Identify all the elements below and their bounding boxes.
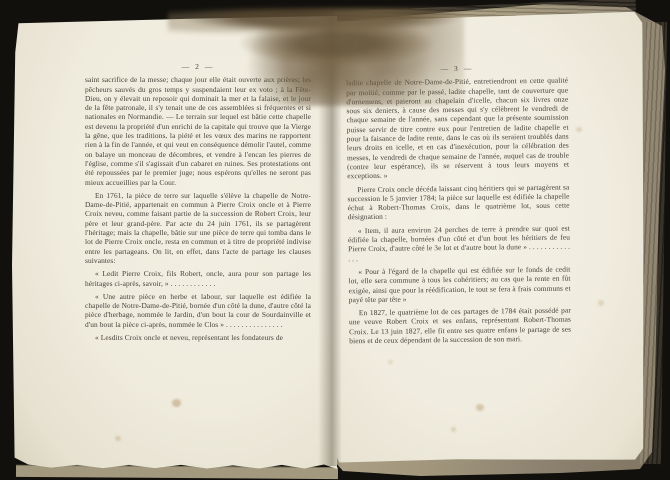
foxing-spot: [476, 404, 484, 411]
left-paragraph-2: En 1761, la pièce de terre sur laquelle …: [85, 191, 311, 265]
left-page-number: — 2 —: [85, 62, 311, 71]
scanned-book-photo: { "document_kind": "scanned open book, t…: [0, 0, 670, 480]
right-page: — 3 — ladite chapelle de Notre-Dame-de-P…: [324, 12, 647, 464]
right-paragraph-1: ladite chapelle de Notre-Dame-de-Pitié, …: [346, 76, 569, 181]
photo-scene: — 2 — saint sacrifice de la messe; chaqu…: [0, 0, 670, 480]
foxing-spot: [451, 427, 456, 432]
left-paragraph-1: saint sacrifice de la messe; chaque jour…: [85, 75, 311, 187]
foxing-spot: [388, 360, 393, 364]
foxing-spot: [598, 300, 604, 306]
right-paragraph-2: Pierre Croix oncle décéda laissant cinq …: [347, 182, 569, 222]
foxing-spot: [115, 436, 121, 441]
right-page-text-block: — 3 — ladite chapelle de Notre-Dame-de-P…: [346, 63, 571, 350]
right-paragraph-4-quote: « Pour à l'égard de la chapelle qui est …: [348, 265, 570, 305]
left-paragraph-3-quote: « Ledit Pierre Croix, fils Robert, oncle…: [85, 269, 311, 288]
book-gutter-shadow: [318, 14, 342, 466]
right-paragraph-5: En 1827, le quatrième lot de ces partage…: [349, 306, 571, 346]
right-page-number: — 3 —: [346, 63, 568, 75]
foxing-spot: [256, 210, 261, 215]
page-stack-sliver-bottom-left: [16, 465, 338, 479]
foxing-spot: [172, 399, 181, 407]
foxing-spot: [576, 127, 582, 132]
right-paragraph-3-quote: « Item, il aura environ 24 perches de te…: [348, 223, 570, 263]
left-paragraph-5-quote: « Lesdits Croix oncle et neveu, représen…: [85, 333, 311, 342]
left-paragraph-4-quote: « Une autre pièce en herbe et labour, su…: [85, 292, 311, 329]
left-page-text-block: — 2 — saint sacrifice de la messe; chaqu…: [85, 62, 311, 346]
